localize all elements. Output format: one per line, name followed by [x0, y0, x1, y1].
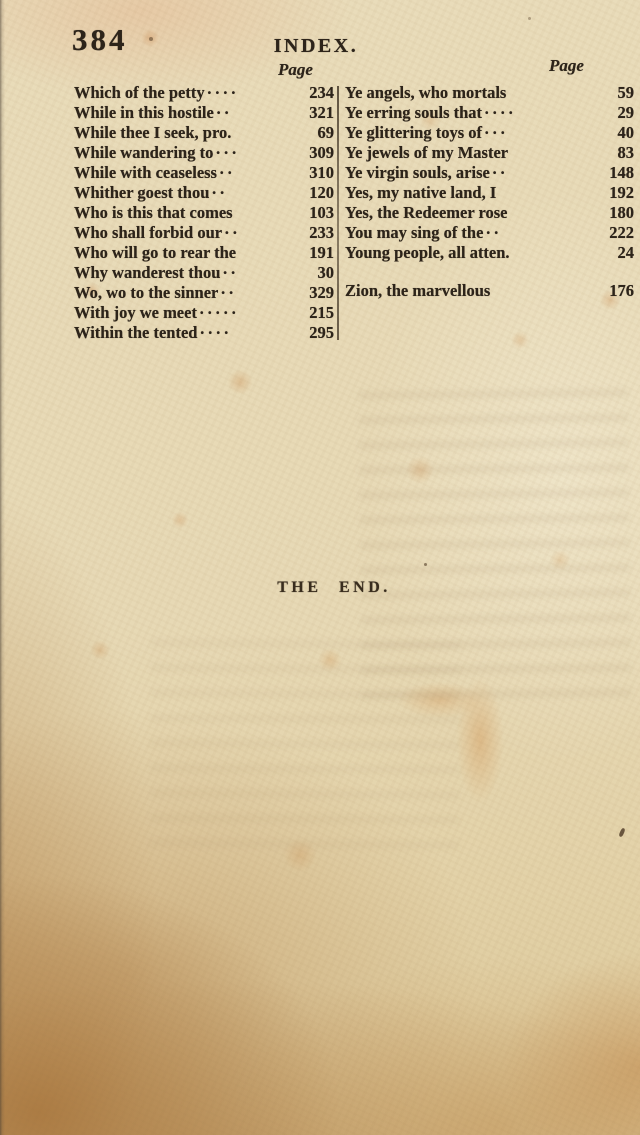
entry-text: Zion, the marvellous: [345, 281, 492, 301]
entry-text: Who will go to rear the: [74, 243, 238, 263]
entry-text: While wandering to···: [74, 143, 239, 163]
entry-title: While wandering to: [74, 143, 213, 162]
entry-leader-dots: ··: [485, 223, 501, 242]
entry-leader-dots: ····: [207, 83, 239, 102]
entry-leader-dots: ··: [492, 163, 508, 182]
entry-page-number: 120: [309, 183, 334, 203]
entry-title: Within the tented: [74, 323, 197, 342]
entry-title: Ye glittering toys of: [345, 123, 482, 142]
entry-page-number: 321: [309, 103, 334, 123]
entry-text: Wo, wo to the sinner··: [74, 283, 236, 303]
entry-text: Ye virgin souls, arise··: [345, 163, 508, 183]
ink-speck: [618, 828, 625, 838]
entry-page-number: 222: [609, 223, 634, 243]
index-right-column: Ye angels, who mortals 59 Ye erring soul…: [345, 83, 634, 301]
entry-title: Wo, wo to the sinner: [74, 283, 218, 302]
entry-leader-dots: ··: [216, 103, 232, 122]
entry-page-number: 180: [609, 203, 634, 223]
entry-text: Ye jewels of my Master: [345, 143, 510, 163]
ink-speck: [424, 563, 427, 566]
index-entry: You may sing of the·· 222: [345, 223, 634, 243]
column-divider-rule: [337, 86, 339, 340]
entry-text: Within the tented····: [74, 323, 231, 343]
entry-leader-dots: ···: [484, 123, 508, 142]
entry-title: While thee I seek, pro.: [74, 123, 231, 142]
page-edge-shadow: [0, 0, 5, 1135]
index-entry: Who shall forbid our·· 233: [74, 223, 334, 243]
index-entry: Why wanderest thou·· 30: [74, 263, 334, 283]
entry-title: Ye virgin souls, arise: [345, 163, 490, 182]
entry-text: Why wanderest thou··: [74, 263, 238, 283]
entry-page-number: 40: [618, 123, 635, 143]
entry-text: Whither goest thou··: [74, 183, 227, 203]
entry-page-number: 192: [609, 183, 634, 203]
entry-page-number: 329: [309, 283, 334, 303]
entry-text: Who shall forbid our··: [74, 223, 240, 243]
entry-text: Young people, all atten.: [345, 243, 512, 263]
entry-page-number: 234: [309, 83, 334, 103]
entry-text: Yes, the Redeemer rose: [345, 203, 510, 223]
entry-text: Yes, my native land, I: [345, 183, 498, 203]
bleedthrough-texture: [358, 389, 631, 712]
entry-page-number: 29: [618, 103, 635, 123]
entry-title: Zion, the marvellous: [345, 281, 490, 300]
index-entry: Within the tented···· 295: [74, 323, 334, 343]
index-entry: Yes, my native land, I 192: [345, 183, 634, 203]
entry-leader-dots: ··: [220, 283, 236, 302]
index-entry: Who is this that comes 103: [74, 203, 334, 223]
bleedthrough-texture: [149, 639, 461, 861]
index-entry: Ye jewels of my Master 83: [345, 143, 634, 163]
index-entry: While in this hostile·· 321: [74, 103, 334, 123]
entry-title: Ye angels, who mortals: [345, 83, 506, 102]
entry-leader-dots: ····: [484, 103, 516, 122]
entry-page-number: 233: [309, 223, 334, 243]
entry-title: Whither goest thou: [74, 183, 209, 202]
entry-leader-dots: ··: [222, 263, 238, 282]
entry-leader-dots: ···: [215, 143, 239, 162]
index-entry: While wandering to··· 309: [74, 143, 334, 163]
entry-title: Ye erring souls that: [345, 103, 482, 122]
entry-title: With joy we meet: [74, 303, 197, 322]
index-entry: Ye virgin souls, arise·· 148: [345, 163, 634, 183]
entry-leader-dots: ··: [219, 163, 235, 182]
entry-page-number: 59: [618, 83, 635, 103]
index-entry: Young people, all atten. 24: [345, 243, 634, 263]
entry-text: Which of the petty····: [74, 83, 239, 103]
entry-text: Ye angels, who mortals: [345, 83, 508, 103]
entry-page-number: 24: [618, 243, 635, 263]
index-entry: Whither goest thou·· 120: [74, 183, 334, 203]
entry-title: Yes, the Redeemer rose: [345, 203, 508, 222]
entry-text: Ye glittering toys of···: [345, 123, 508, 143]
entry-page-number: 309: [309, 143, 334, 163]
index-entry: Zion, the marvellous 176: [345, 281, 634, 301]
entry-page-number: 310: [309, 163, 334, 183]
entry-title: Why wanderest thou: [74, 263, 220, 282]
entry-text: While with ceaseless··: [74, 163, 235, 183]
index-entry: With joy we meet····· 215: [74, 303, 334, 323]
column-heading-page-left: Page: [278, 60, 313, 80]
entry-text: While thee I seek, pro.: [74, 123, 233, 143]
entry-page-number: 69: [318, 123, 335, 143]
index-entry: While with ceaseless·· 310: [74, 163, 334, 183]
entry-leader-dots: ··: [224, 223, 240, 242]
ink-speck: [149, 37, 153, 41]
entry-text: Ye erring souls that····: [345, 103, 516, 123]
entry-title: You may sing of the: [345, 223, 483, 242]
entry-title: Ye jewels of my Master: [345, 143, 508, 162]
index-entry: While thee I seek, pro. 69: [74, 123, 334, 143]
index-entry: Yes, the Redeemer rose 180: [345, 203, 634, 223]
entry-title: Who is this that comes: [74, 203, 233, 222]
ink-speck: [528, 17, 531, 20]
index-left-column: Which of the petty···· 234 While in this…: [74, 83, 334, 343]
index-entry: Ye erring souls that···· 29: [345, 103, 634, 123]
entry-text: You may sing of the··: [345, 223, 501, 243]
entry-title: Which of the petty: [74, 83, 205, 102]
index-entry: Who will go to rear the 191: [74, 243, 334, 263]
entry-leader-dots: ····: [199, 323, 231, 342]
column-heading-page-right: Page: [549, 56, 584, 76]
the-end-text: THE END.: [14, 579, 640, 597]
entry-title: Young people, all atten.: [345, 243, 510, 262]
entry-leader-dots: ··: [211, 183, 227, 202]
entry-text: With joy we meet·····: [74, 303, 239, 323]
index-entry: Wo, wo to the sinner·· 329: [74, 283, 334, 303]
index-entry: Ye glittering toys of··· 40: [345, 123, 634, 143]
entry-title: Yes, my native land, I: [345, 183, 496, 202]
book-page: 384 INDEX. Page Page Which of the petty·…: [0, 0, 640, 1135]
entry-page-number: 295: [309, 323, 334, 343]
entry-title: While with ceaseless: [74, 163, 217, 182]
entry-title: Who will go to rear the: [74, 243, 236, 262]
entry-leader-dots: ·····: [199, 303, 239, 322]
entry-page-number: 191: [309, 243, 334, 263]
entry-page-number: 148: [609, 163, 634, 183]
page-title: INDEX.: [0, 35, 636, 58]
index-entry: Which of the petty···· 234: [74, 83, 334, 103]
entry-title: Who shall forbid our: [74, 223, 222, 242]
entry-page-number: 176: [609, 281, 634, 301]
entry-page-number: 103: [309, 203, 334, 223]
entry-page-number: 215: [309, 303, 334, 323]
entry-text: Who is this that comes: [74, 203, 235, 223]
entry-text: While in this hostile··: [74, 103, 232, 123]
entry-page-number: 30: [318, 263, 335, 283]
index-entry: Ye angels, who mortals 59: [345, 83, 634, 103]
entry-page-number: 83: [618, 143, 635, 163]
entry-title: While in this hostile: [74, 103, 214, 122]
